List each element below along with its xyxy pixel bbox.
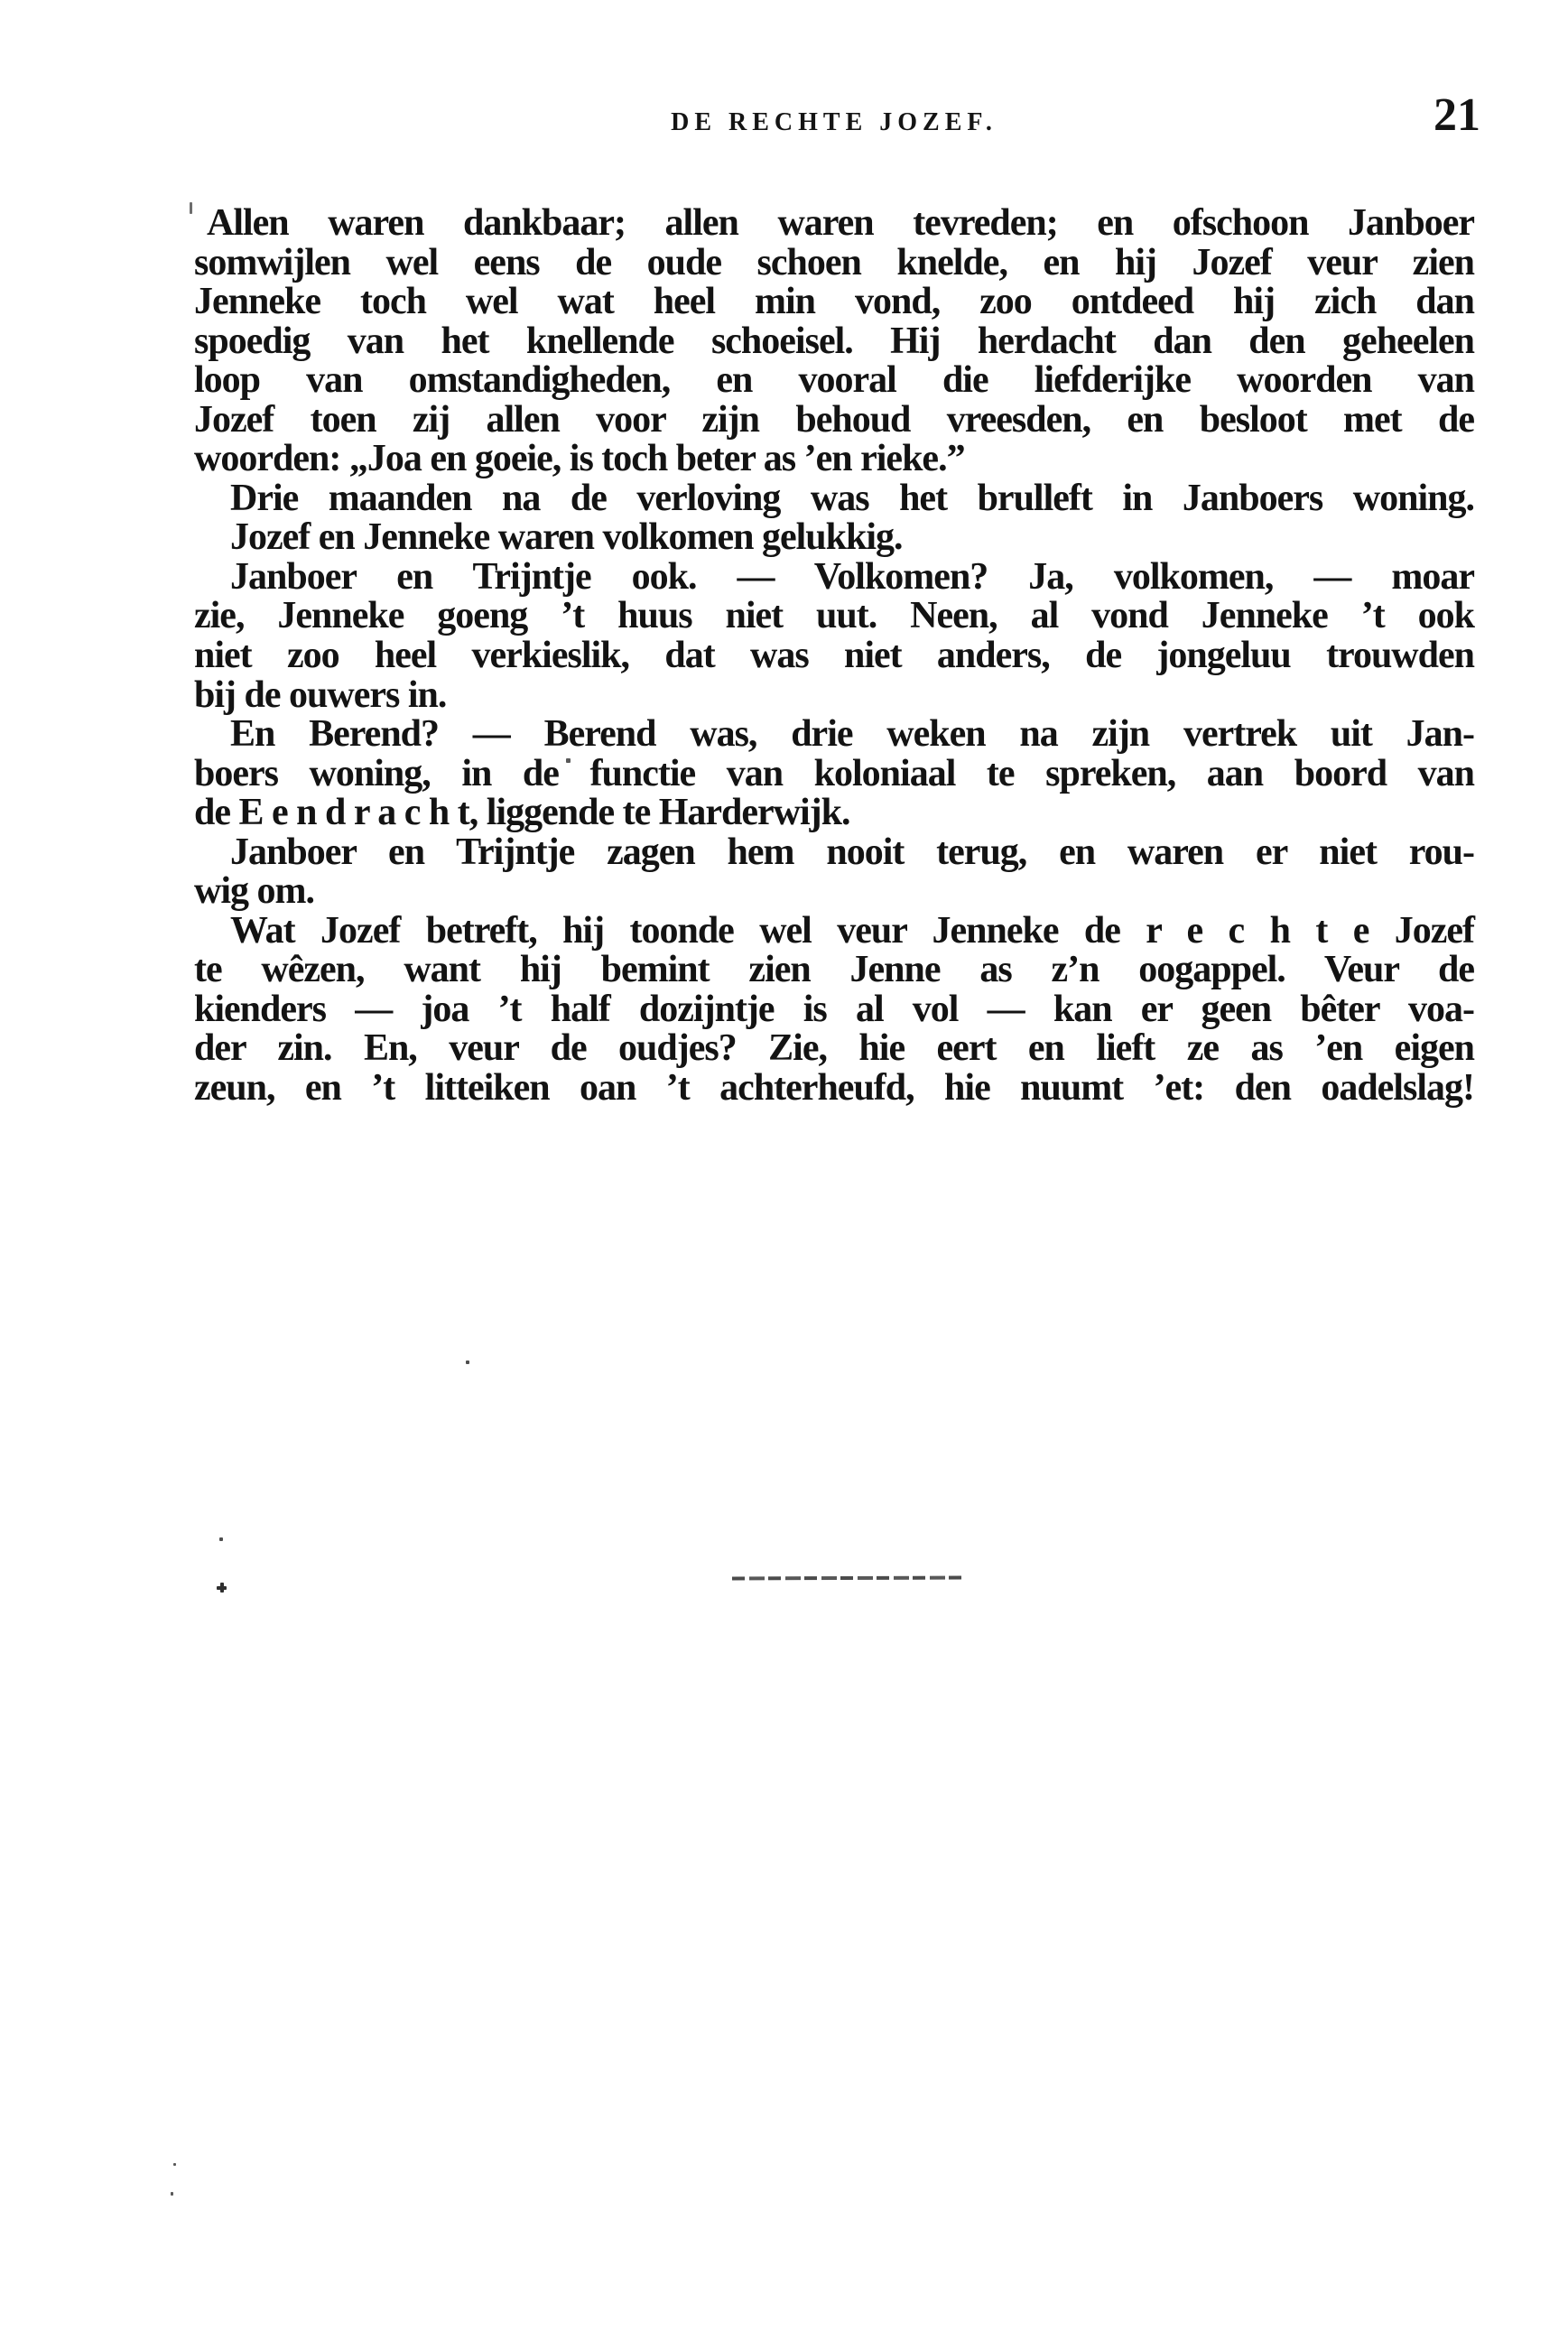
text-line: te wêzen, want hij bemint zien Jenne as … (194, 951, 1474, 990)
page-title: DE RECHTE JOZEF. (671, 108, 997, 136)
ink-speck (219, 1537, 223, 1541)
text-line: loop van omstandigheden, en vooral die l… (194, 361, 1474, 401)
text-line: boers woning, in de functie van koloniaa… (194, 755, 1474, 794)
text-line: Drie maanden na de verloving was het bru… (194, 479, 1474, 519)
text-line: zeun, en ’t litteiken oan ’t achterheufd… (194, 1069, 1474, 1109)
text-line: Wat Jozef betreft, hij toonde wel veur J… (194, 912, 1474, 952)
text-line: Jozef toen zij allen voor zijn behoud vr… (194, 401, 1474, 441)
page-number: 21 (1433, 92, 1480, 139)
text-line: Janboer en Trijntje ook. — Volkomen? Ja,… (194, 558, 1474, 598)
text-line: somwijlen wel eens de oude schoen knelde… (194, 244, 1474, 283)
ink-speck (220, 1583, 224, 1593)
text-line: der zin. En, veur de oudjes? Zie, hie ee… (194, 1029, 1474, 1069)
text-line: spoedig van het knellende schoeisel. Hij… (194, 322, 1474, 362)
text-line: wig om. (194, 872, 1474, 912)
text-line: Allen waren dankbaar; allen waren tevred… (194, 204, 1474, 244)
ink-speck (190, 202, 192, 214)
ink-speck (466, 1361, 469, 1364)
text-line: Jozef en Jenneke waren volkomen gelukkig… (194, 518, 1474, 558)
text-line: woorden: „Joa en goeie, is toch beter as… (194, 440, 1474, 479)
section-divider (732, 1576, 961, 1581)
text-line: Janboer en Trijntje zagen hem nooit teru… (194, 833, 1474, 873)
text-block: Allen waren dankbaar; allen waren tevred… (194, 204, 1474, 1109)
book-page: DE RECHTE JOZEF. 21 Allen waren dankbaar… (0, 0, 1568, 2331)
text-line: de E e n d r a c h t, liggende te Harder… (194, 794, 1474, 833)
text-line: kienders — joa ’t half dozijntje is al v… (194, 990, 1474, 1030)
ink-speck (566, 758, 571, 763)
text-line: Jenneke toch wel wat heel min vond, zoo … (194, 283, 1474, 322)
ink-speck (173, 2163, 176, 2166)
text-line: zie, Jenneke goeng ’t huus niet uut. Nee… (194, 597, 1474, 636)
ink-speck (171, 2192, 173, 2196)
text-line: bij de ouwers in. (194, 676, 1474, 716)
text-line: niet zoo heel verkieslik, dat was niet a… (194, 636, 1474, 676)
running-head: DE RECHTE JOZEF. (194, 108, 1474, 137)
text-line: En Berend? — Berend was, drie weken na z… (194, 715, 1474, 755)
